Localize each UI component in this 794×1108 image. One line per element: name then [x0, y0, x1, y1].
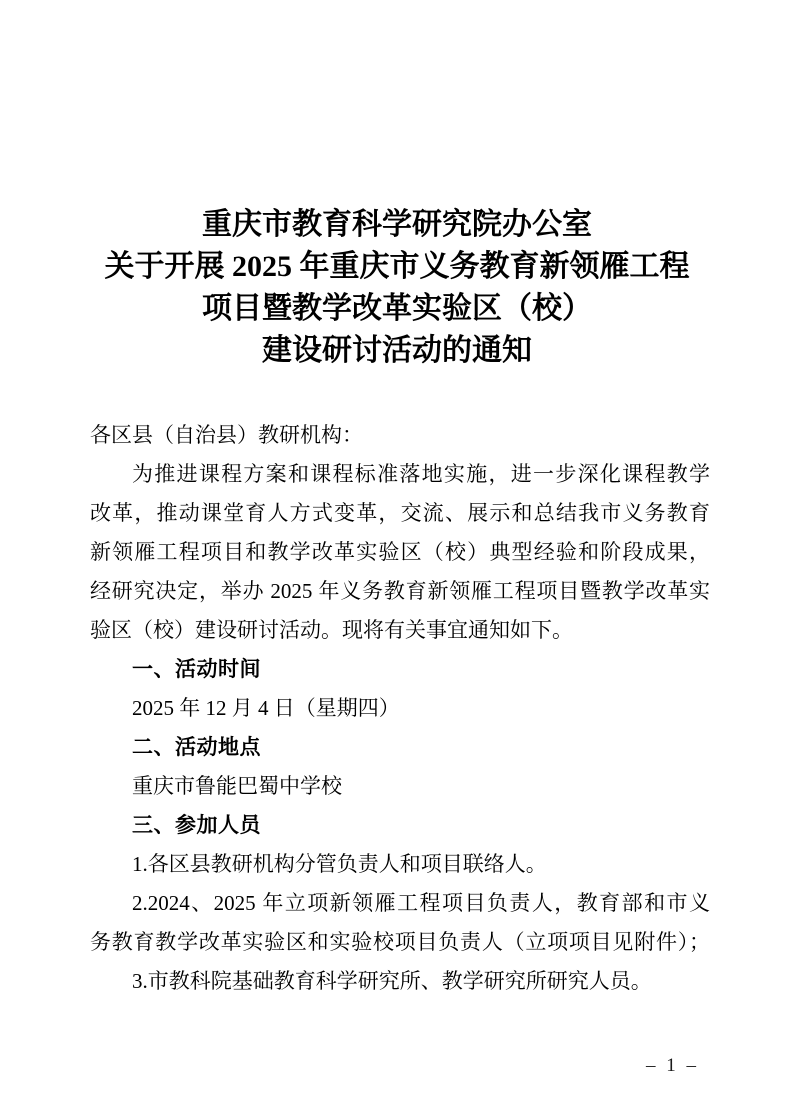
section-1-heading: 一、活动时间	[90, 650, 710, 689]
title-line-1: 重庆市教育科学研究院办公室	[60, 204, 734, 246]
intro-line-4: 经研究决定，举办 2025 年义务教育新领雁工程项目暨教学改革实	[90, 572, 710, 611]
document-title: 重庆市教育科学研究院办公室 关于开展 2025 年重庆市义务教育新领雁工程 项目…	[60, 204, 734, 372]
section-3-item-3: 3.市教科院基础教育科学研究所、教学研究所研究人员。	[90, 962, 710, 1001]
section-2-heading: 二、活动地点	[90, 728, 710, 767]
title-line-3: 项目暨教学改革实验区（校）	[60, 288, 734, 330]
salutation: 各区县（自治县）教研机构：	[90, 416, 710, 455]
page-number: – 1 –	[646, 1054, 699, 1078]
section-2-content: 重庆市鲁能巴蜀中学校	[90, 767, 710, 806]
intro-line-5: 验区（校）建设研讨活动。现将有关事宜通知如下。	[90, 611, 710, 650]
section-1-content: 2025 年 12 月 4 日（星期四）	[90, 689, 710, 728]
title-line-4: 建设研讨活动的通知	[60, 330, 734, 372]
document-body: 各区县（自治县）教研机构： 为推进课程方案和课程标准落地实施，进一步深化课程教学…	[90, 416, 710, 1001]
section-3-item-2-line-1: 2.2024、2025 年立项新领雁工程项目负责人，教育部和市义	[90, 884, 710, 923]
intro-line-3: 新领雁工程项目和教学改革实验区（校）典型经验和阶段成果，	[90, 533, 710, 572]
section-3-item-2-line-2: 务教育教学改革实验区和实验校项目负责人（立项项目见附件）；	[90, 923, 710, 962]
section-3-heading: 三、参加人员	[90, 806, 710, 845]
intro-line-1: 为推进课程方案和课程标准落地实施，进一步深化课程教学	[90, 455, 710, 494]
document-page: 重庆市教育科学研究院办公室 关于开展 2025 年重庆市义务教育新领雁工程 项目…	[0, 0, 794, 1108]
intro-line-2: 改革，推动课堂育人方式变革，交流、展示和总结我市义务教育	[90, 494, 710, 533]
title-line-2: 关于开展 2025 年重庆市义务教育新领雁工程	[60, 246, 734, 288]
section-3-item-1: 1.各区县教研机构分管负责人和项目联络人。	[90, 845, 710, 884]
